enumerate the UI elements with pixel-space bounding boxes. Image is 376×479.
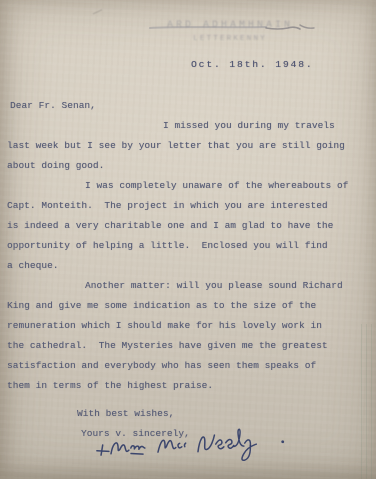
letter-line: them in terms of the highest praise. <box>7 376 372 396</box>
letter-page: ARD ADHAMHNAIN LETTERKENNY Oct. 18th. 19… <box>0 0 376 479</box>
letter-line: I was completely unaware of the whereabo… <box>7 176 372 196</box>
letter-line: the cathedral. The Mysteries have given … <box>7 336 372 356</box>
letter-line: is indeed a very charitable one and I am… <box>7 216 372 236</box>
letter-body: Dear Fr. Senan,I missed you during my tr… <box>7 96 372 444</box>
scratch-mark <box>93 9 105 20</box>
letter-line: Another matter: will you please sound Ri… <box>7 276 372 296</box>
letter-line: Dear Fr. Senan, <box>7 96 372 116</box>
letter-line: remuneration which I should make for his… <box>7 316 372 336</box>
letter-line: about doing good. <box>7 156 372 176</box>
letterhead-line2: LETTERKENNY <box>128 35 332 43</box>
letter-line: satisfaction and everybody who has seen … <box>7 356 372 376</box>
signature <box>83 426 296 477</box>
letter-line: I missed you during my travels <box>7 116 372 136</box>
letter-line: With best wishes, <box>7 404 372 424</box>
letterhead-strike-mark <box>148 20 323 36</box>
letter-line: a cheque. <box>7 256 372 276</box>
letter-line: Capt. Monteith. The project in which you… <box>7 196 372 216</box>
letter-line: opportunity of helping a little. Enclose… <box>7 236 372 256</box>
date: Oct. 18th. 1948. <box>191 59 314 70</box>
letter-line: last week but I see by your letter that … <box>7 136 372 156</box>
letter-line: King and give me some indication as to t… <box>7 296 372 316</box>
